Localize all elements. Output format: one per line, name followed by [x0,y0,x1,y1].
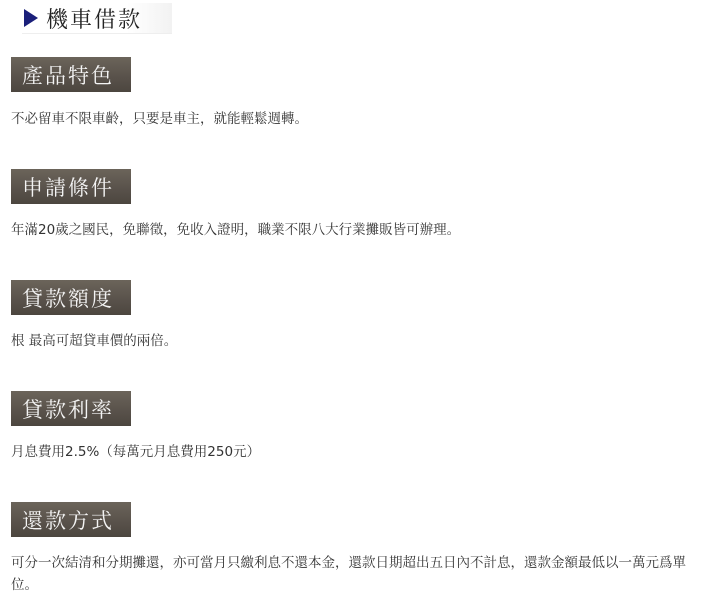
section-body-interest-rate: 月息費用2.5%（每萬元月息費用250元） [11,441,691,463]
section-header-loan-amount: 貸款額度 [11,280,131,315]
section-body-features: 不必留車不限車齡，只要是車主，就能輕鬆週轉。 [11,108,691,130]
page-title: 機車借款 [22,3,172,34]
page-title-text: 機車借款 [46,3,142,34]
section-header-interest-rate: 貸款利率 [11,391,131,426]
section-body-repayment: 可分一次結清和分期攤還，亦可當月只繳利息不還本金，還款日期超出五日內不計息，還款… [11,552,691,595]
section-header-eligibility: 申請條件 [11,169,131,204]
section-body-eligibility: 年滿20歲之國民，免聯徵，免收入證明，職業不限八大行業攤販皆可辦理。 [11,219,691,241]
section-header-repayment: 還款方式 [11,502,131,537]
section-body-loan-amount: 根 最高可超貸車價的兩倍。 [11,330,691,352]
triangle-right-icon [24,9,38,27]
section-header-features: 產品特色 [11,57,131,92]
